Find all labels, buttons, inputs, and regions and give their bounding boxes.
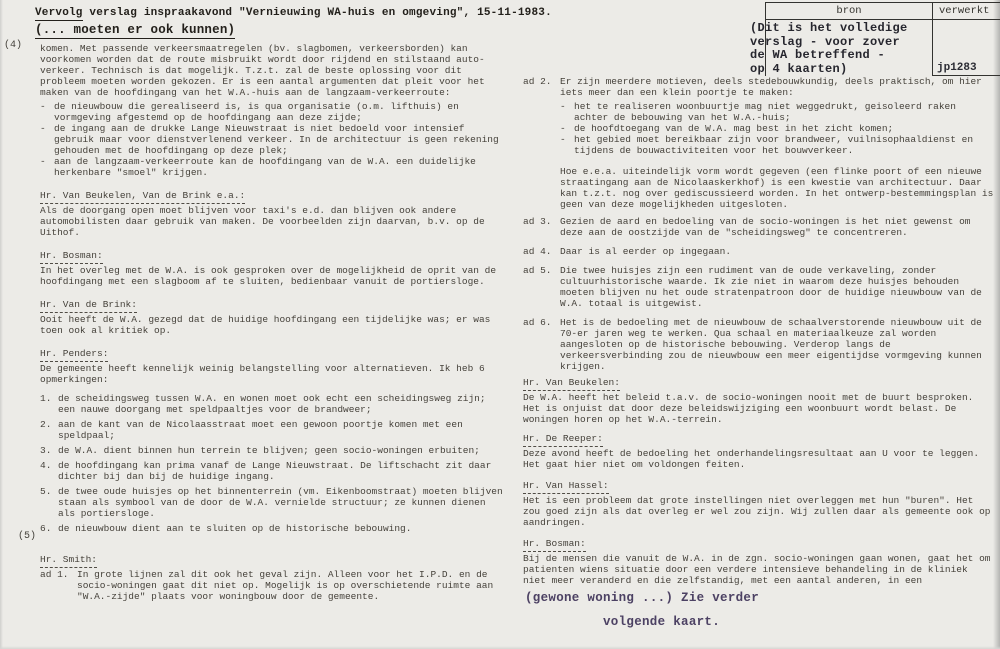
bullet-item: -de nieuwbouw die gerealiseerd is, is qu…	[40, 101, 508, 123]
ad-item: ad 4.Daar is al eerder op ingegaan.	[523, 246, 995, 257]
speaker-paragraph: Bij de mensen die vanuit de W.A. in de z…	[523, 553, 995, 586]
title-line: Vervolg verslag inspraakavond "Vernieuwi…	[35, 6, 552, 21]
ad-item: ad 5.Die twee huisjes zijn een rudiment …	[523, 265, 995, 309]
speaker-heading: Hr. Penders:	[40, 348, 508, 359]
numbered-item: 4.de hoofdingang kan prima vanaf de Lang…	[40, 460, 508, 482]
stamp-column-bron: bron (Dit is het volledige verslag - voo…	[766, 3, 933, 76]
right-column: ad 2. Er zijn meerdere motieven, deels s…	[523, 72, 995, 586]
bullet-item: -de ingang aan de drukke Lange Nieuwstra…	[40, 123, 508, 156]
numbered-item: 1.de scheidingsweg tussen W.A. en wonen …	[40, 393, 508, 415]
bullet-item: -de hoofdtoegang van de W.A. mag best in…	[560, 123, 995, 134]
ad-item: ad 6.Het is de bedoeling met de nieuwbou…	[523, 317, 995, 372]
bullet-item: -het gebied moet bereikbaar zijn voor br…	[560, 134, 995, 156]
handwritten-footer-note: (gewone woning ...) Zie verder volgende …	[525, 591, 759, 629]
bullet-item: -aan de langzaam-verkeerroute kan de hoo…	[40, 156, 508, 178]
speaker-heading: Hr. Bosman:	[523, 538, 995, 549]
speaker-paragraph: Ooit heeft de W.A. gezegd dat de huidige…	[40, 314, 508, 336]
speaker-heading: Hr. Van Hassel:	[523, 480, 995, 491]
margin-note-5: (5)	[18, 531, 36, 542]
title-subtitle: (... moeten er ook kunnen)	[35, 23, 552, 38]
bullet-item: -het te realiseren woonbuurtje mag niet …	[560, 101, 995, 123]
speaker-heading: Hr. De Reeper:	[523, 433, 995, 444]
paragraph-intro: komen. Met passende verkeersmaatregelen …	[40, 43, 508, 98]
ad2-outro: Hoe e.e.a. uiteindelijk vorm wordt gegev…	[560, 166, 995, 210]
stamp-handwritten-note: (Dit is het volledige verslag - voor zov…	[750, 22, 908, 76]
footer-line-2: volgende kaart.	[603, 615, 759, 629]
speaker-heading-smith: Hr. Smith:	[40, 554, 508, 565]
speaker-heading: Hr. Van de Brink:	[40, 299, 508, 310]
scanned-document-page: Vervolg verslag inspraakavond "Vernieuwi…	[0, 0, 1000, 649]
document-title: Vervolg verslag inspraakavond "Vernieuwi…	[35, 6, 552, 38]
numbered-item: 3.de W.A. dient binnen hun terrein te bl…	[40, 445, 508, 456]
bullet-list: -het te realiseren woonbuurtje mag niet …	[560, 101, 995, 156]
ad-item: ad 3.Gezien de aard en bedoeling van de …	[523, 216, 995, 238]
numbered-list: 1.de scheidingsweg tussen W.A. en wonen …	[40, 393, 508, 534]
numbered-item: 6.de nieuwbouw dient aan te sluiten op d…	[40, 523, 508, 534]
stamp-header-verwerkt: verwerkt	[933, 3, 1000, 20]
margin-note-4: (4)	[4, 40, 22, 51]
speaker-paragraph: Deze avond heeft de bedoeling het onderh…	[523, 448, 995, 470]
speaker-heading: Hr. Van Beukelen:	[523, 377, 995, 388]
ad-item: ad 1.In grote lijnen zal dit ook het gev…	[40, 569, 508, 602]
speaker-paragraph: In het overleg met de W.A. is ook gespro…	[40, 265, 508, 287]
speaker-paragraph: Het is een probleem dat grote instelling…	[523, 495, 995, 528]
registration-stamp: bron (Dit is het volledige verslag - voo…	[765, 2, 1000, 76]
title-word-underlined: Vervolg	[35, 7, 83, 21]
speaker-paragraph: Als de doorgang open moet blijven voor t…	[40, 205, 508, 238]
speaker-paragraph: De W.A. heeft het beleid t.a.v. de socio…	[523, 392, 995, 425]
left-column: komen. Met passende verkeersmaatregelen …	[40, 43, 508, 602]
ad-item: ad 2. Er zijn meerdere motieven, deels s…	[523, 76, 995, 210]
speaker-paragraph: De gemeente heeft kennelijk weinig belan…	[40, 363, 508, 385]
stamp-column-verwerkt: verwerkt jp1283	[933, 3, 1000, 76]
ad2-content: Er zijn meerdere motieven, deels stedebo…	[560, 76, 995, 210]
footer-line-1: (gewone woning ...) Zie verder	[525, 591, 759, 605]
scan-edge-left	[0, 0, 3, 649]
bullet-list: -de nieuwbouw die gerealiseerd is, is qu…	[40, 101, 508, 178]
stamp-header-bron: bron	[766, 3, 932, 20]
numbered-item: 5.de twee oude huisjes op het binnenterr…	[40, 486, 508, 519]
numbered-item: 2.aan de kant van de Nicolaasstraat moet…	[40, 419, 508, 441]
speaker-heading: Hr. Van Beukelen, Van de Brink e.a.:	[40, 190, 508, 201]
title-rest: verslag inspraakavond "Vernieuwing WA-hu…	[83, 7, 552, 19]
speaker-heading: Hr. Bosman:	[40, 250, 508, 261]
